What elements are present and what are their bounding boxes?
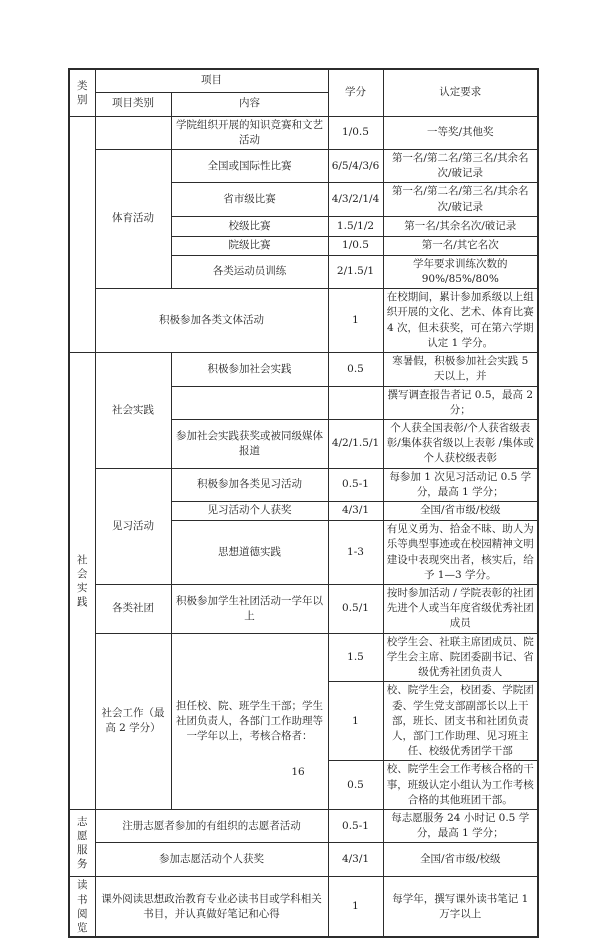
header-requirement: 认定要求: [383, 69, 538, 116]
header-project: 项目: [95, 69, 328, 92]
cell-r18-requirement: 每志愿服务 24 小时记 0.5 学分，最高 1 学分；: [383, 810, 538, 843]
cell-r9-credit: [328, 386, 383, 419]
cell-r4-requirement: 第一名/其余名次/破记录: [383, 216, 538, 236]
cell-r10-content: 参加社会实践获奖或被同级媒体报道: [171, 420, 328, 469]
cell-r19-credit: 4/3/1: [328, 843, 383, 877]
header-credit: 学分: [328, 69, 383, 116]
group-social-practice: 社会实践: [95, 353, 171, 469]
header-content: 内容: [171, 92, 328, 116]
category-volunteer-service: 志愿服务: [69, 810, 95, 877]
cell-r8-credit: 0.5: [328, 353, 383, 386]
category-reading: 读书阅览: [69, 877, 95, 937]
cell-r3-requirement: 第一名/第二名/第三名/其余名次/破记录: [383, 183, 538, 216]
cell-r3-content: 省市级比赛: [171, 183, 328, 216]
group-row1-empty: [95, 116, 171, 149]
header-category-label: 类别: [76, 79, 88, 107]
cell-r2-content: 全国或国际性比赛: [171, 149, 328, 182]
cell-r13-requirement: 有见义勇为、拾金不昧、助人为乐等典型事迹或在校园精神文明建设中表现突出者，核实后…: [383, 521, 538, 585]
cell-r13-content: 思想道德实践: [171, 521, 328, 585]
table-row: 体育活动 全国或国际性比赛 6/5/4/3/6 第一名/第二名/第三名/其余名次…: [69, 149, 538, 182]
cell-r18-content: 注册志愿者参加的有组织的志愿者活动: [95, 810, 328, 843]
cell-r5-credit: 1/0.5: [328, 236, 383, 255]
cell-r12-credit: 4/3/1: [328, 502, 383, 521]
cell-r8-requirement: 寒暑假，积极参加社会实践 5 天以上，并: [383, 353, 538, 386]
cell-r2-requirement: 第一名/第二名/第三名/其余名次/破记录: [383, 149, 538, 182]
cell-r16-requirement: 校、院学生会，校团委、学院团委、学生党支部副部长以上干部，班长、团支书和社团负责…: [383, 682, 538, 761]
header-project-type: 项目类别: [95, 92, 171, 116]
header-category: 类别: [69, 69, 95, 116]
cell-r20-content: 课外阅读思想政治教育专业必读书目或学科相关书目，并认真做好笔记和心得: [95, 877, 328, 937]
cell-r10-credit: 4/2/1.5/1: [328, 420, 383, 469]
cell-r20-credit: 1: [328, 877, 383, 937]
cell-r7-requirement: 在校期间，累计参加系级以上组织开展的文化、艺术、体育比赛 4 次，但未获奖，可在…: [383, 289, 538, 353]
cell-r12-content: 见习活动个人获奖: [171, 502, 328, 521]
cell-r16-credit: 1: [328, 682, 383, 761]
group-internship: 见习活动: [95, 468, 171, 584]
group-social-work-content: 担任校、院、班学生干部；学生社团负责人，各部门工作助理等一学年以上，考核合格者：: [171, 633, 328, 809]
group-clubs: 各类社团: [95, 584, 171, 633]
cell-r5-requirement: 第一名/其它名次: [383, 236, 538, 255]
cell-r1-requirement: 一等奖/其他奖: [383, 116, 538, 149]
table-row: 社会实践 社会实践 积极参加社会实践 0.5 寒暑假，积极参加社会实践 5 天以…: [69, 353, 538, 386]
credit-recognition-table: 类别 项目 学分 认定要求 项目类别 内容 学院组织开展的知识竞赛和文艺活动 1…: [68, 68, 539, 938]
cell-r1-content: 学院组织开展的知识竞赛和文艺活动: [171, 116, 328, 149]
cell-r1-credit: 1/0.5: [328, 116, 383, 149]
cell-r3-credit: 4/3/2/1/4: [328, 183, 383, 216]
category-first-empty: [69, 116, 95, 353]
cell-r8-content: 积极参加社会实践: [171, 353, 328, 386]
cell-r14-requirement: 按时参加活动 / 学院表彰的社团先进个人或当年度省级优秀社团成员: [383, 584, 538, 633]
page-number: 16: [0, 766, 596, 778]
table-row: 社会工作（最高 2 学分） 担任校、院、班学生干部；学生社团负责人，各部门工作助…: [69, 633, 538, 682]
table-row: 读书阅览 课外阅读思想政治教育专业必读书目或学科相关书目，并认真做好笔记和心得 …: [69, 877, 538, 937]
table-row: 见习活动 积极参加各类见习活动 0.5-1 每参加 1 次见习活动记 0.5 学…: [69, 468, 538, 501]
cell-r7-credit: 1: [328, 289, 383, 353]
cell-r6-credit: 2/1.5/1: [328, 255, 383, 288]
cell-r13-credit: 1-3: [328, 521, 383, 585]
cell-r14-credit: 0.5/1: [328, 584, 383, 633]
table-header-row-1: 类别 项目 学分 认定要求: [69, 69, 538, 92]
cell-r11-credit: 0.5-1: [328, 468, 383, 501]
cell-r2-credit: 6/5/4/3/6: [328, 149, 383, 182]
cell-r9-content: [171, 386, 328, 419]
category-social-practice: 社会实践: [69, 353, 95, 810]
cell-r11-content: 积极参加各类见习活动: [171, 468, 328, 501]
cell-r6-content: 各类运动员训练: [171, 255, 328, 288]
cell-r18-credit: 0.5-1: [328, 810, 383, 843]
cell-r15-requirement: 校学生会、社联主席团成员、院学生会主席、院团委副书记、省级优秀社团负责人: [383, 633, 538, 682]
cell-r19-content: 参加志愿活动个人获奖: [95, 843, 328, 877]
group-social-work: 社会工作（最高 2 学分）: [95, 633, 171, 809]
table-row: 积极参加各类文体活动 1 在校期间，累计参加系级以上组织开展的文化、艺术、体育比…: [69, 289, 538, 353]
table-row: 各类社团 积极参加学生社团活动一学年以上 0.5/1 按时参加活动 / 学院表彰…: [69, 584, 538, 633]
table-row: 志愿服务 注册志愿者参加的有组织的志愿者活动 0.5-1 每志愿服务 24 小时…: [69, 810, 538, 843]
table-row: 参加志愿活动个人获奖 4/3/1 全国/省市级/校级: [69, 843, 538, 877]
cell-r4-content: 校级比赛: [171, 216, 328, 236]
document-page: 类别 项目 学分 认定要求 项目类别 内容 学院组织开展的知识竞赛和文艺活动 1…: [0, 0, 596, 811]
cell-r10-requirement: 个人获全国表彰/个人获省级表彰/集体获省级以上表彰 /集体或个人获校级表彰: [383, 420, 538, 469]
cell-r11-requirement: 每参加 1 次见习活动记 0.5 学分，最高 1 学分；: [383, 468, 538, 501]
cell-r9-requirement: 撰写调查报告者记 0.5，最高 2 分；: [383, 386, 538, 419]
cell-r20-requirement: 每学年，撰写课外读书笔记 1 万字以上: [383, 877, 538, 937]
cell-r5-content: 院级比赛: [171, 236, 328, 255]
group-sports: 体育活动: [95, 149, 171, 288]
cell-r7-content: 积极参加各类文体活动: [95, 289, 328, 353]
cell-r14-content: 积极参加学生社团活动一学年以上: [171, 584, 328, 633]
cell-r15-credit: 1.5: [328, 633, 383, 682]
table-row: 学院组织开展的知识竞赛和文艺活动 1/0.5 一等奖/其他奖: [69, 116, 538, 149]
cell-r4-credit: 1.5/1/2: [328, 216, 383, 236]
cell-r6-requirement: 学年要求训练次数的 90%/85%/80%: [383, 255, 538, 288]
cell-r19-requirement: 全国/省市级/校级: [383, 843, 538, 877]
cell-r12-requirement: 全国/省市级/校级: [383, 502, 538, 521]
